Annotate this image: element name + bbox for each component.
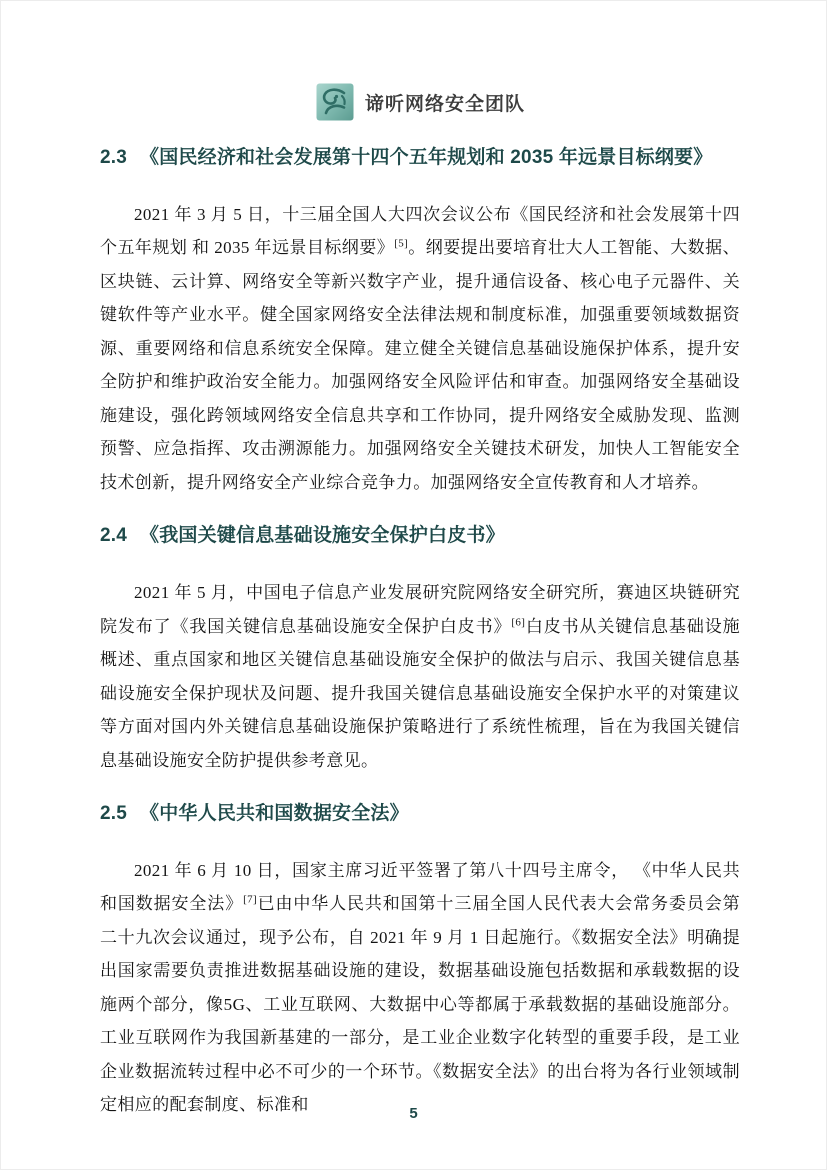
section-paragraph: 2021 年 6 月 10 日，国家主席习近平签署了第八十四号主席令， 《中华人… [100,854,740,1122]
document-footer: 5 [1,1105,826,1123]
section-heading-2.3: 2.3《国民经济和社会发展第十四个五年规划和 2035 年远景目标纲要》 [100,147,740,170]
section-paragraph: 2021 年 3 月 5 日，十三届全国人大四次会议公布《国民经济和社会发展第十… [100,198,740,500]
team-name-label: 谛听网络安全团队 [365,89,525,116]
document-body: 2.3《国民经济和社会发展第十四个五年规划和 2035 年远景目标纲要》2021… [100,147,740,1122]
section-title: 《中华人民共和国数据安全法》 [140,803,409,824]
paragraph-text: 白皮书从关键信息基础设施概述、重点国家和地区关键信息基础设施安全保护的做法与启示… [100,617,740,770]
section-number: 2.3 [100,147,127,168]
section-number: 2.4 [100,525,127,546]
section-number: 2.5 [100,803,127,824]
paragraph-text: 已由中华人民共和国第十三届全国人民代表大会常务委员会第二十九次会议通过，现予公布… [100,894,740,1114]
document-header: 谛听网络安全团队 [100,81,740,123]
footnote-reference: [7] [243,894,257,906]
footnote-reference: [5] [394,238,408,250]
section-heading-2.5: 2.5《中华人民共和国数据安全法》 [100,803,740,826]
page-number: 5 [409,1105,417,1122]
section-heading-2.4: 2.4《我国关键信息基础设施安全保护白皮书》 [100,525,740,548]
section-title: 《国民经济和社会发展第十四个五年规划和 2035 年远景目标纲要》 [140,147,712,168]
section-title: 《我国关键信息基础设施安全保护白皮书》 [140,525,505,546]
section-paragraph: 2021 年 5 月，中国电子信息产业发展研究院网络安全研究所，赛迪区块链研究院… [100,576,740,777]
document-page: 谛听网络安全团队 2.3《国民经济和社会发展第十四个五年规划和 2035 年远景… [0,0,827,1170]
diting-seal-logo-icon [315,82,355,122]
footnote-reference: [6] [511,616,525,628]
paragraph-text: 。纲要提出要培育壮大人工智能、大数据、区块链、云计算、网络安全等新兴数字产业，提… [100,238,740,492]
